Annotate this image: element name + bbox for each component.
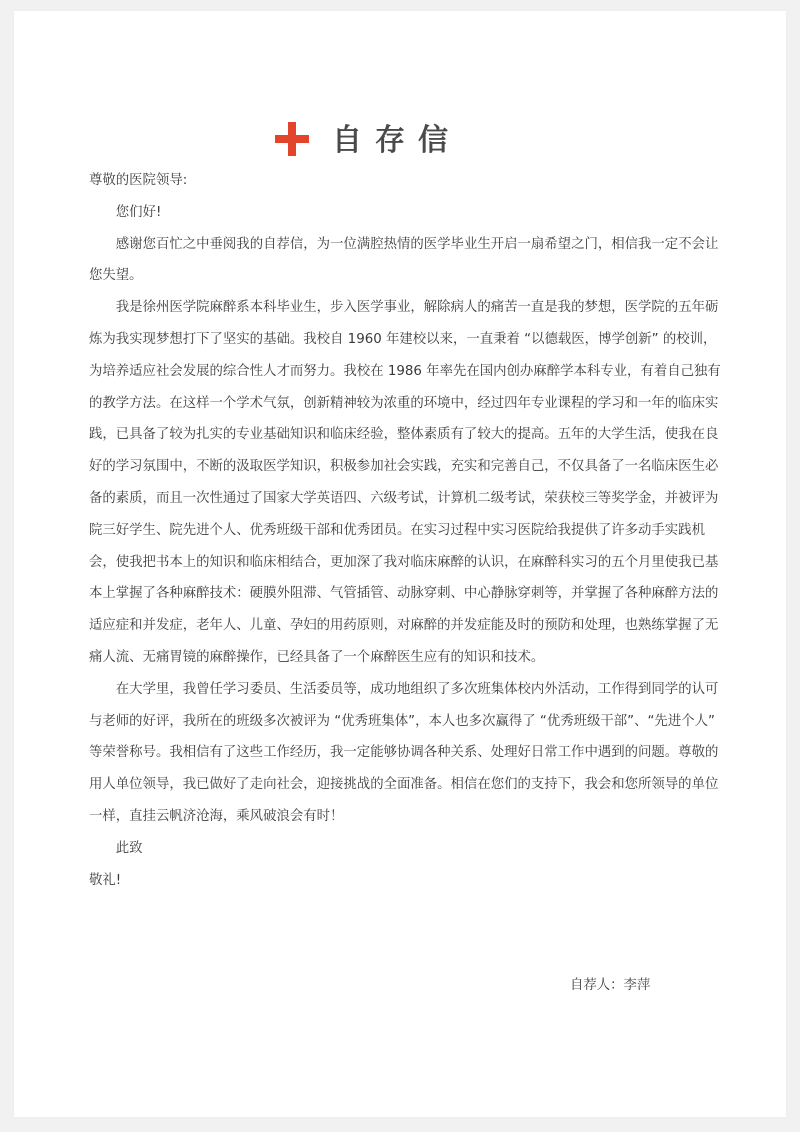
paragraph-intro: 感谢您百忙之中垂阅我的自荐信，为一位满腔热情的医学毕业生开启一扇希望之门，相信我… bbox=[89, 229, 729, 293]
letter-title: 自存信 bbox=[332, 119, 461, 163]
paragraph-education: 我是徐州医学院麻醉系本科毕业生，步入医学事业，解除病人的痛苦一直是我的梦想，医学… bbox=[89, 292, 729, 674]
closing-jing-li: 敬礼! bbox=[89, 865, 729, 897]
signature: 自荐人：李萍 bbox=[570, 974, 650, 998]
document-page: 自存信 尊敬的医院领导: 您们好! 感谢您百忙之中垂阅我的自荐信，为一位满腔热情… bbox=[14, 11, 786, 1117]
closing-ci-zhi: 此致 bbox=[89, 833, 729, 865]
letter-header: 自存信 bbox=[14, 119, 786, 169]
paragraph-activities: 在大学里，我曾任学习委员、生活委员等，成功地组织了多次班集体校内外活动，工作得到… bbox=[89, 674, 729, 833]
red-cross-icon bbox=[275, 122, 309, 156]
letter-body: 尊敬的医院领导: 您们好! 感谢您百忙之中垂阅我的自荐信，为一位满腔热情的医学毕… bbox=[89, 165, 729, 896]
greeting: 您们好! bbox=[89, 197, 729, 229]
salutation: 尊敬的医院领导: bbox=[89, 165, 729, 197]
